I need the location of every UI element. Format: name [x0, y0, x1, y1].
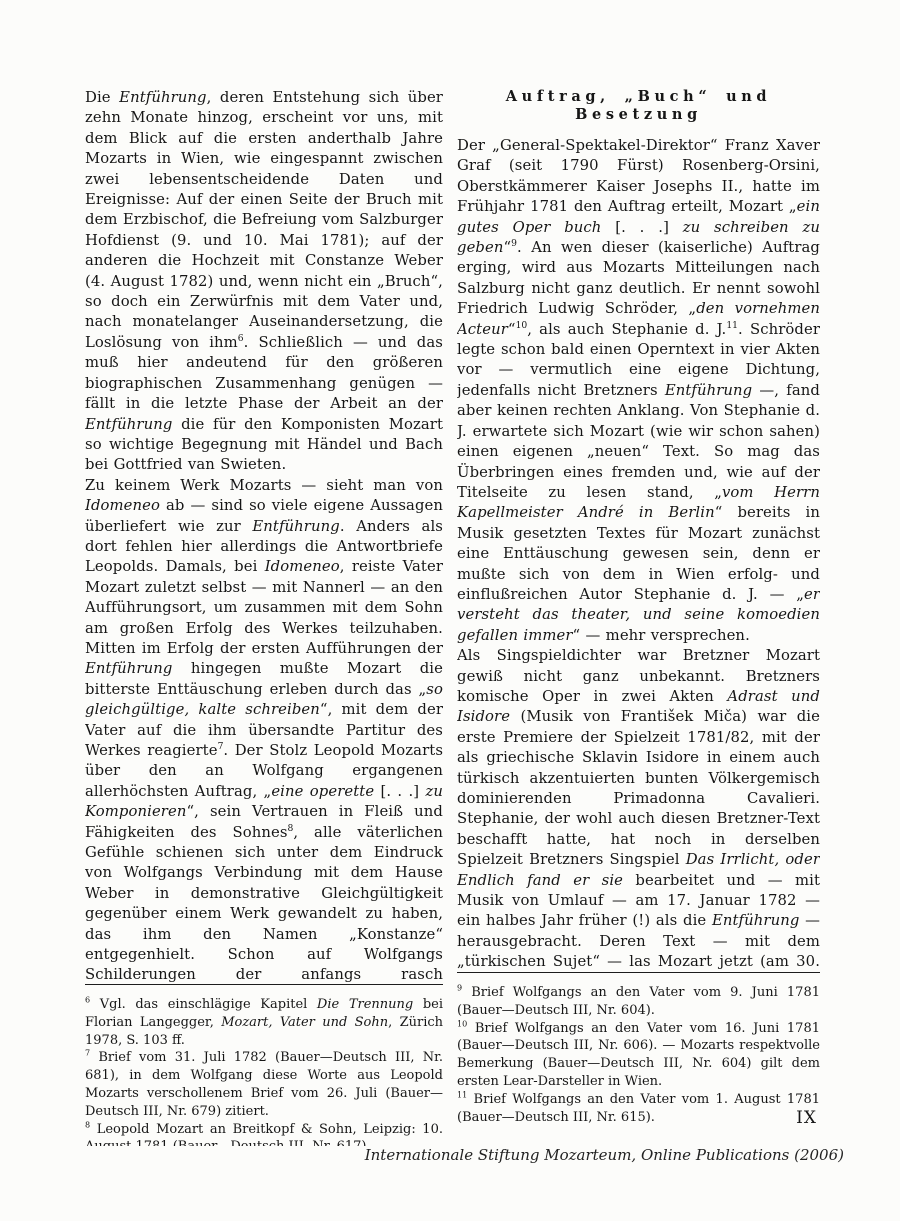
book-page: Die Entführung, deren Entstehung sich üb…: [0, 0, 900, 1221]
footnote: 8 Leopold Mozart an Breitkopf & Sohn, Le…: [85, 1121, 443, 1146]
footnote: 9 Brief Wolfgangs an den Vater vom 9. Ju…: [457, 984, 820, 1020]
footnote: 11 Brief Wolfgangs an den Vater vom 1. A…: [457, 1091, 820, 1127]
page-number: IX: [796, 1108, 817, 1128]
footnote-separator-right: [457, 972, 820, 973]
footnote-separator-left: [85, 984, 443, 985]
footnote: 7 Brief vom 31. Juli 1782 (Bauer—Deutsch…: [85, 1049, 443, 1120]
footnote: 10 Brief Wolfgangs an den Vater vom 16. …: [457, 1020, 820, 1091]
body-paragraph: Der „General-Spektakel-Direktor“ Franz X…: [457, 136, 820, 646]
body-paragraph: Zu keinem Werk Mozarts — sieht man von I…: [85, 476, 443, 982]
right-footnotes: 9 Brief Wolfgangs an den Vater vom 9. Ju…: [457, 984, 820, 1134]
imprint-footer: Internationale Stiftung Mozarteum, Onlin…: [365, 1146, 844, 1164]
body-paragraph: Als Singspieldichter war Bretzner Mozart…: [457, 646, 820, 970]
right-column: Auftrag, „Buch“ und Besetzung Der „Gener…: [457, 88, 820, 970]
section-heading: Auftrag, „Buch“ und Besetzung: [457, 88, 820, 124]
left-column: Die Entführung, deren Entstehung sich üb…: [85, 88, 443, 982]
left-footnotes: 6 Vgl. das einschlägige Kapitel Die Tren…: [85, 996, 443, 1146]
footnote: 6 Vgl. das einschlägige Kapitel Die Tren…: [85, 996, 443, 1049]
body-paragraph: Die Entführung, deren Entstehung sich üb…: [85, 88, 443, 476]
